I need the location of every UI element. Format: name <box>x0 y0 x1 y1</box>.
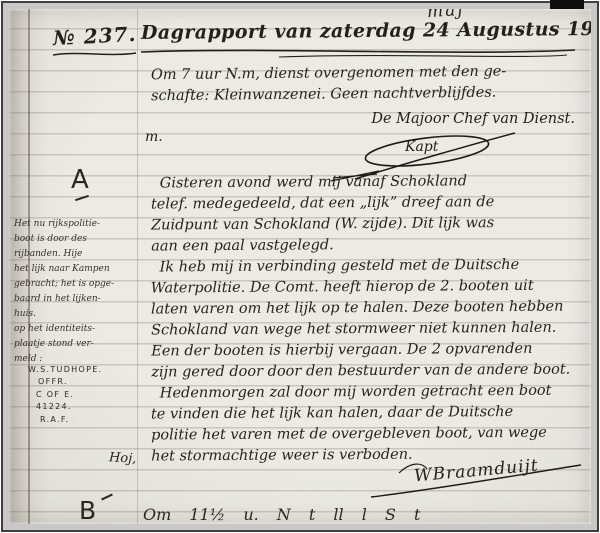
notebook-page: maj № 237. Dagrapport van zaterdag 24 Au… <box>9 9 591 524</box>
body-line: Waterpolitie. De Comt. heeft hierop de 2… <box>151 276 581 300</box>
margin-initial-mark: m. <box>145 129 163 145</box>
body-line: te vinden die het lijk kan halen, daar d… <box>151 401 581 425</box>
margin-note-line: huis. <box>14 307 138 322</box>
bottom-edge-text-fragment: Om 11½ u. N t ll l S t <box>143 505 583 524</box>
chef-signature-text: Kapt <box>405 139 438 155</box>
identity-service-number: 41224. <box>14 401 138 413</box>
report-number: № 237. <box>52 22 137 50</box>
body-line: Gisteren avond werd mij vanaf Schokland <box>151 171 581 195</box>
opening-paragraph: Om 7 uur N.m, dienst overgenomen met den… <box>151 61 581 108</box>
body-line: Zuidpunt van Schokland (W. zijde). Dit l… <box>151 212 581 236</box>
margin-note-line: boot is door des <box>14 232 138 247</box>
body-line: Schokland van wege het stormweer niet ku… <box>151 317 581 341</box>
body-line: Ik heb mij in verbinding gesteld met de … <box>151 255 581 279</box>
body-paragraph-1: Gisteren avond werd mij vanaf Schokland … <box>151 171 582 258</box>
identity-religion: C OF E. <box>14 389 138 401</box>
margin-note-line: plaatje stond ver- <box>14 337 138 352</box>
body-line: Hedenmorgen zal door mij worden getracht… <box>151 381 581 405</box>
margin-bottom-mark: Hoj, <box>109 450 137 466</box>
author-signature: WBraamduijt <box>369 455 584 505</box>
section-a-underline-dash <box>75 195 89 201</box>
margin-bottom-dash <box>101 494 113 501</box>
identity-rank: OFFR. <box>14 376 138 388</box>
margin-note-line: rijbanden. Hije <box>14 247 138 262</box>
body-line: telef. medegedeeld, dat een „lijk” dreef… <box>151 191 581 215</box>
margin-note-line: baard in het lijken- <box>14 292 138 307</box>
signoff-line: De Majoor Chef van Dienst. <box>309 111 575 127</box>
margin-section-letter-a: A <box>71 165 89 195</box>
scanned-dagrapport-page: maj № 237. Dagrapport van zaterdag 24 Au… <box>0 0 600 533</box>
opening-line: schafte: Kleinwanzenei. Geen nachtverbli… <box>151 82 581 108</box>
identity-name: W.S.TUDHOPE. <box>14 364 138 376</box>
body-paragraph-2: Ik heb mij in verbinding gesteld met de … <box>151 255 582 384</box>
body-line: Een der booten is hierbij vergaan. De 2 … <box>151 338 581 362</box>
body-line: zijn gered door door den bestuurder van … <box>151 359 581 383</box>
margin-note-line: gebracht; het is opge- <box>14 277 138 292</box>
body-line: laten varen om het lijk op te halen. Dez… <box>151 296 581 320</box>
body-line: politie het varen met de overgebleven bo… <box>151 422 581 446</box>
identity-disc-details: W.S.TUDHOPE. OFFR. C OF E. 41224. R.A.F. <box>14 364 138 426</box>
margin-note-line: Het nu rijkspolitie- <box>14 217 138 232</box>
margin-annotation: Het nu rijkspolitie- boot is door des ri… <box>14 217 138 367</box>
margin-note-line: op het identiteits- <box>14 322 138 337</box>
margin-note-line: het lijk naar Kampen <box>14 262 138 277</box>
margin-section-letter-b: B <box>79 496 96 524</box>
top-edge-black-tab <box>550 0 584 9</box>
identity-service-branch: R.A.F. <box>14 414 138 426</box>
body-line: aan een paal vastgelegd. <box>151 233 581 257</box>
page-title: Dagrapport van zaterdag 24 Augustus 1940 <box>141 18 581 44</box>
